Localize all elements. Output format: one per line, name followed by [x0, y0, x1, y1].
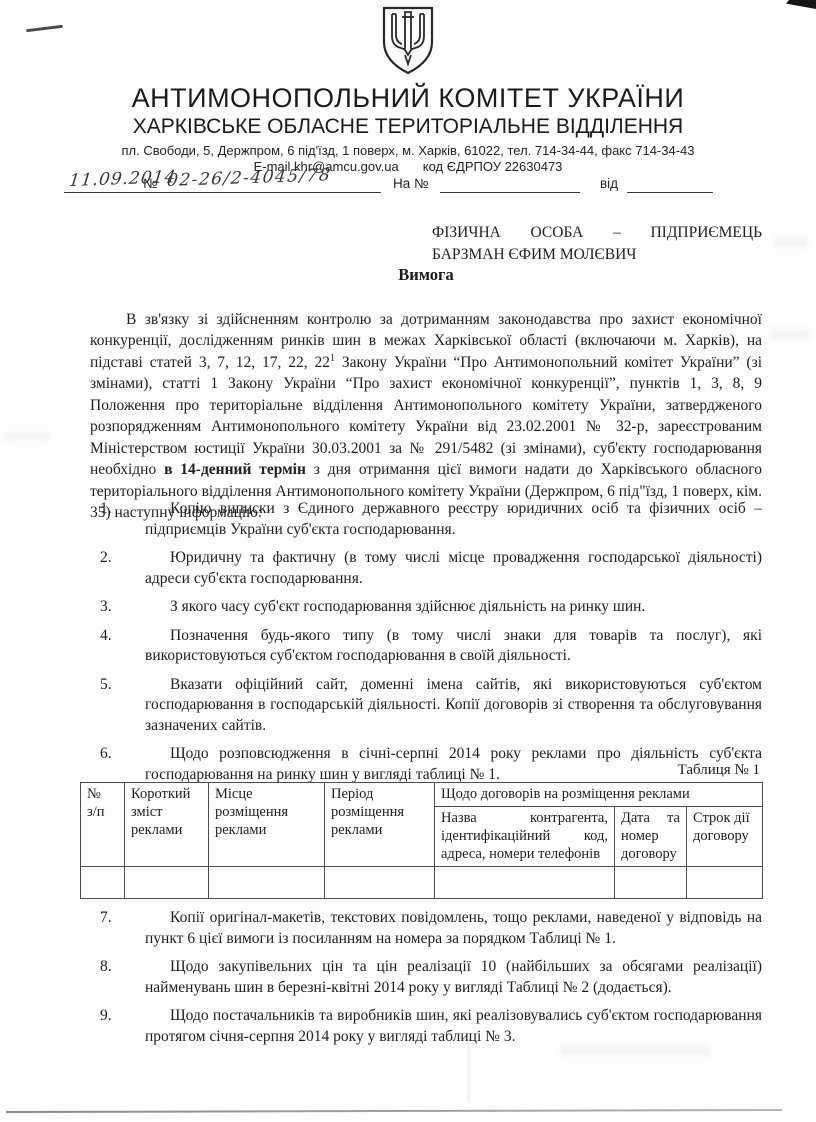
- item-text: Позначення будь-якого типу (в тому числі…: [145, 626, 762, 667]
- list-item-7: 7. Копії оригінал-макетів, текстових пов…: [90, 908, 762, 949]
- reply-to-number-label: На №: [393, 176, 429, 191]
- list-item-4: 4. Позначення будь-якого типу (в тому чи…: [90, 626, 762, 667]
- item-number: 7.: [100, 908, 112, 929]
- list-item-3: 3. З якого часу суб'єкт господарювання з…: [90, 597, 762, 618]
- empty-cell: [325, 867, 435, 899]
- item-text: З якого часу суб'єкт господарювання здій…: [145, 597, 762, 618]
- item-number: 2.: [100, 548, 112, 569]
- handwritten-outgoing-number: 02-26/2-4045/78: [166, 165, 332, 191]
- advertising-contracts-table: № з/п Короткий зміст реклами Місце розмі…: [80, 782, 763, 899]
- organization-address: пл. Свободи, 5, Держпром, 6 під'їзд, 1 п…: [60, 143, 756, 158]
- number-underline: [159, 192, 381, 193]
- header-cell-content: Короткий зміст реклами: [125, 783, 209, 867]
- item-number: 3.: [100, 597, 112, 618]
- from-date-underline: [627, 192, 713, 193]
- numbered-list-7-9: 7. Копії оригінал-макетів, текстових пов…: [90, 908, 762, 1055]
- item-text: Юридичну та фактичну (в тому числі місце…: [145, 548, 762, 589]
- reply-to-number-underline: [440, 192, 580, 193]
- ukraine-trident-emblem-icon: [381, 6, 435, 76]
- table-caption: Таблиця № 1: [80, 762, 762, 779]
- item-text: Вказати офіційний сайт, доменні імена са…: [145, 675, 762, 737]
- item-text: Копію виписки з Єдиного державного реєст…: [145, 499, 762, 540]
- scan-corner-artifact: [786, 0, 816, 9]
- header-cell-num: № з/п: [81, 783, 125, 867]
- organization-subtitle: ХАРКІВСЬКЕ ОБЛАСНЕ ТЕРИТОРІАЛЬНЕ ВІДДІЛЕ…: [60, 115, 756, 139]
- item-text: Щодо постачальників та виробників шин, я…: [145, 1006, 762, 1047]
- scanned-document-page: АНТИМОНОПОЛЬНИЙ КОМІТЕТ УКРАЇНИ ХАРКІВСЬ…: [0, 0, 816, 1122]
- item-number: 8.: [100, 957, 112, 978]
- header-cell-period: Період розміщення реклами: [325, 783, 435, 867]
- intro-text-2: Закону України “Про Антимонопольний комі…: [90, 354, 762, 479]
- numbered-list-1-6: 1. Копію виписки з Єдиного державного ре…: [90, 499, 762, 793]
- empty-cell: [209, 867, 325, 899]
- intro-deadline-bold: в 14-денний термін: [164, 461, 306, 478]
- table-header-row-1: № з/п Короткий зміст реклами Місце розмі…: [81, 783, 763, 807]
- bleedthrough-artifact: [774, 238, 808, 248]
- item-number: 5.: [100, 675, 112, 696]
- list-item-5: 5. Вказати офіційний сайт, доменні імена…: [90, 675, 762, 737]
- item-number: 9.: [100, 1006, 112, 1027]
- item-number: 1.: [100, 499, 112, 520]
- item-text: Щодо закупівельних цін та цін реалізації…: [145, 957, 762, 998]
- reference-line: 11.09.2014 № 02-26/2-4045/78 На № від: [64, 166, 764, 196]
- empty-cell: [687, 867, 763, 899]
- item-text: Копії оригінал-макетів, текстових повідо…: [145, 908, 762, 949]
- list-item-8: 8. Щодо закупівельних цін та цін реаліза…: [90, 957, 762, 998]
- table-empty-row: [81, 867, 763, 899]
- organization-title: АНТИМОНОПОЛЬНИЙ КОМІТЕТ УКРАЇНИ: [60, 83, 756, 113]
- empty-cell: [435, 867, 615, 899]
- list-item-1: 1. Копію виписки з Єдиного державного ре…: [90, 499, 762, 540]
- empty-cell: [125, 867, 209, 899]
- letterhead: АНТИМОНОПОЛЬНИЙ КОМІТЕТ УКРАЇНИ ХАРКІВСЬ…: [60, 6, 756, 174]
- header-cell-date-number: Дата та номер договору: [615, 807, 687, 867]
- number-label: №: [143, 176, 157, 191]
- pen-mark: [26, 25, 63, 32]
- list-item-9: 9. Щодо постачальників та виробників шин…: [90, 1006, 762, 1047]
- addressee-type: ФІЗИЧНА ОСОБА – ПІДПРИЄМЕЦЬ: [432, 222, 762, 244]
- bleedthrough-artifact: [770, 330, 810, 339]
- document-title: Вимога: [90, 265, 762, 285]
- item-number: 4.: [100, 626, 112, 647]
- header-cell-term: Строк дії договору: [687, 807, 763, 867]
- header-cell-contracts-group: Щодо договорів на розміщення реклами: [435, 783, 763, 807]
- handwritten-date: 11.09.2014: [68, 167, 177, 191]
- date-underline: [64, 192, 160, 193]
- table-1-block: Таблиця № 1 № з/п Короткий зміст реклами…: [80, 762, 762, 899]
- bleedthrough-artifact: [4, 432, 50, 441]
- scan-bottom-edge: [6, 1109, 782, 1113]
- from-date-label: від: [600, 176, 618, 191]
- addressee-name: БАРЗМАН ЄФИМ МОЛЄВИЧ: [432, 244, 762, 266]
- header-cell-contractor: Назва контрагента, ідентифікаційний код,…: [435, 807, 615, 867]
- empty-cell: [81, 867, 125, 899]
- empty-cell: [615, 867, 687, 899]
- addressee-block: ФІЗИЧНА ОСОБА – ПІДПРИЄМЕЦЬ БАРЗМАН ЄФИМ…: [432, 222, 762, 265]
- intro-paragraph: В зв'язку зі здійсненням контролю за дот…: [90, 309, 762, 524]
- list-item-2: 2. Юридичну та фактичну (в тому числі мі…: [90, 548, 762, 589]
- header-cell-place: Місце розміщення реклами: [209, 783, 325, 867]
